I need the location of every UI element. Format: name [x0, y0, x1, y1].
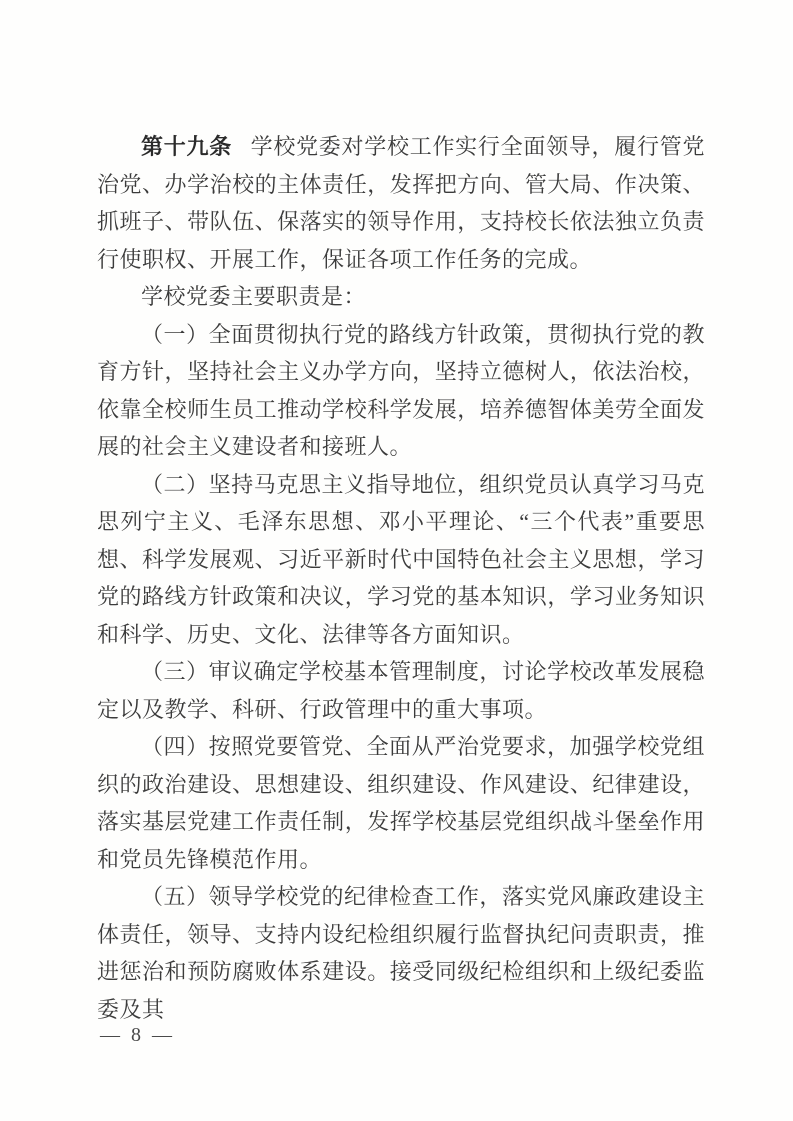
page-number: — 8 — — [100, 1024, 175, 1047]
scanned-document-page: 第十九条学校党委对学校工作实行全面领导，履行管党治党、办学治校的主体责任，发挥把… — [0, 0, 793, 1121]
article-19-paragraph: 第十九条学校党委对学校工作实行全面领导，履行管党治党、办学治校的主体责任，发挥把… — [97, 128, 705, 278]
document-body: 第十九条学校党委对学校工作实行全面领导，履行管党治党、办学治校的主体责任，发挥把… — [97, 128, 705, 1028]
article-number: 第十九条 — [141, 134, 232, 159]
duty-item-2: （二）坚持马克思主义指导地位，组织党员认真学习马克思列宁主义、毛泽东思想、邓小平… — [97, 466, 705, 654]
duty-item-4: （四）按照党要管党、全面从严治党要求，加强学校党组织的政治建设、思想建设、组织建… — [97, 728, 705, 878]
duty-item-1: （一）全面贯彻执行党的路线方针政策，贯彻执行党的教育方针，坚持社会主义办学方向，… — [97, 316, 705, 466]
duty-item-3: （三）审议确定学校基本管理制度，讨论学校改革发展稳定以及教学、科研、行政管理中的… — [97, 653, 705, 728]
duties-intro-paragraph: 学校党委主要职责是： — [97, 278, 705, 316]
duty-item-5: （五）领导学校党的纪律检查工作，落实党风廉政建设主体责任，领导、支持内设纪检组织… — [97, 878, 705, 1028]
